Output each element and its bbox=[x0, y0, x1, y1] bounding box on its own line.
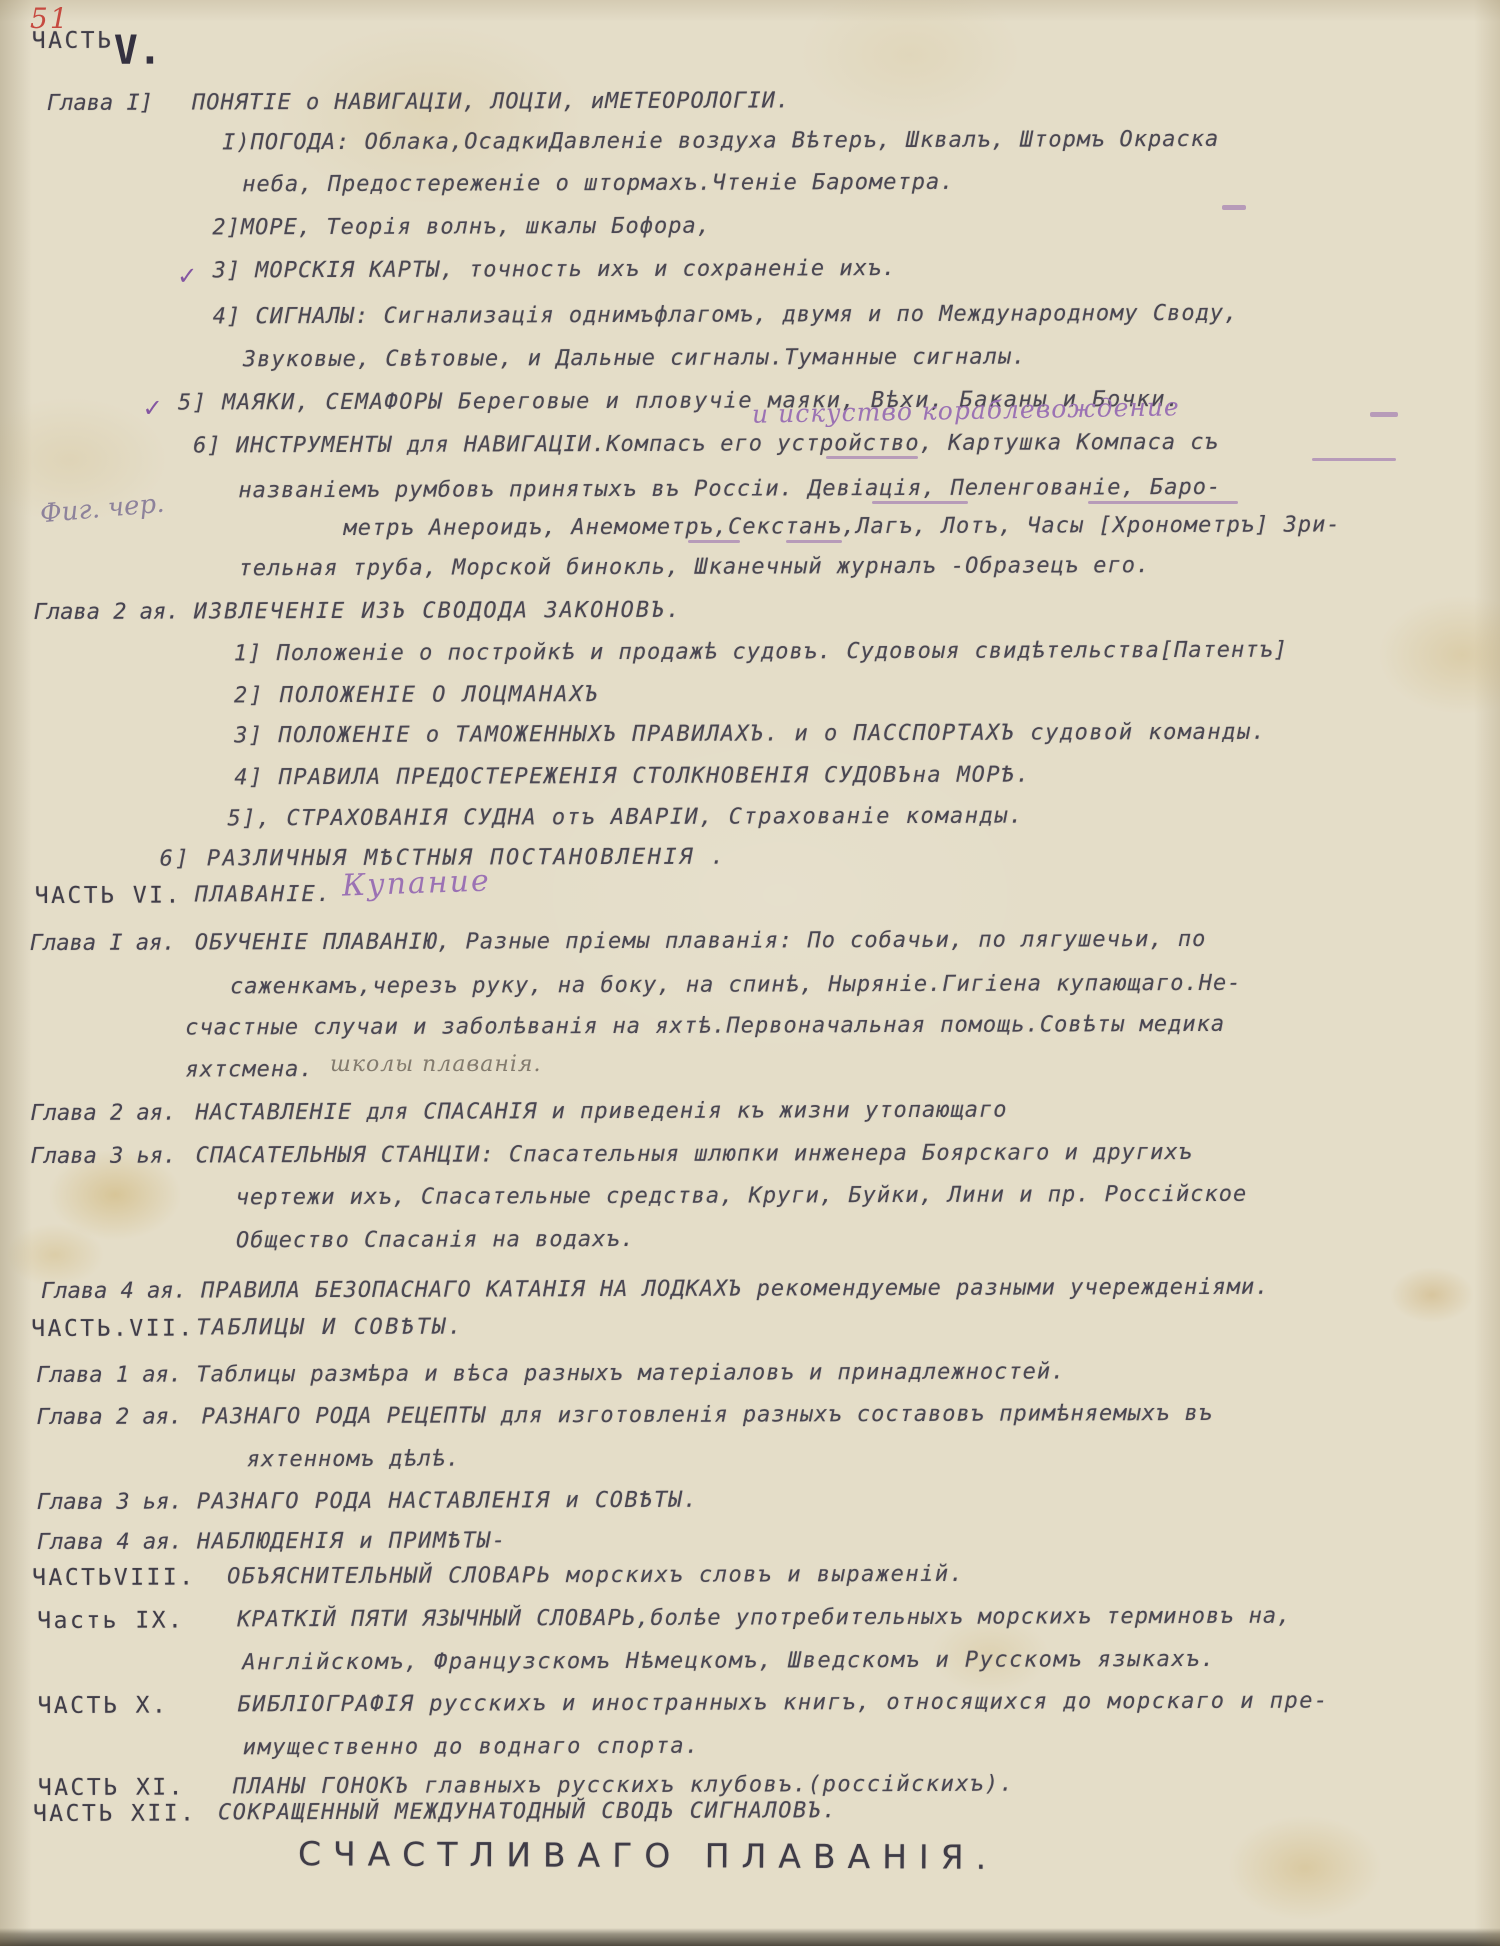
toc-line-label: Глава I] bbox=[47, 91, 153, 116]
toc-line-text: I)ПОГОДА: Облака,ОсадкиДавленіе воздуха … bbox=[222, 127, 1219, 155]
toc-line-text: 3] ПОЛОЖЕНІЕ о ТАМОЖЕННЫХЪ ПРАВИЛАХЪ. и … bbox=[234, 720, 1266, 749]
toc-line-text: тельная труба, Морской бинокль, Шканечны… bbox=[239, 553, 1151, 581]
toc-line: Глава I ая.ОБУЧЕНІЕ ПЛАВАНІЮ, Разные прі… bbox=[0, 926, 1500, 975]
toc-line-text: СПАСАТЕЛЬНЫЯ СТАНЦІИ: Спасательныя шлюпк… bbox=[196, 1140, 1193, 1168]
toc-line-text: ОБЪЯСНИТЕЛЬНЫЙ СЛОВАРЬ морскихъ словъ и … bbox=[227, 1562, 964, 1590]
toc-line-label: ЧАСТЬ bbox=[32, 28, 114, 54]
toc-line: 2]МОРЕ, Теорія волнъ, шкалы Бофора, bbox=[0, 211, 1497, 260]
pencil-underline bbox=[786, 540, 842, 543]
toc-line-text: НАБЛЮДЕНІЯ и ПРИМѢТЫ- bbox=[197, 1528, 507, 1554]
toc-line-label: Глава 3 ья. bbox=[37, 1490, 183, 1516]
toc-line-text: ОБУЧЕНІЕ ПЛАВАНІЮ, Разные пріемы плавані… bbox=[195, 927, 1206, 956]
toc-line-text: 4] СИГНАЛЫ: Сигнализація однимъфлагомъ, … bbox=[213, 301, 1239, 330]
toc-line-text: 2] ПОЛОЖЕНІЕ О ЛОЦМАНАХЪ bbox=[234, 682, 600, 708]
toc-line-text: 3] МОРСКІЯ КАРТЫ, точность ихъ и сохране… bbox=[213, 256, 897, 283]
scanned-page: 51 ЧАСТЬV.Глава I]ПОНЯТІЕ о НАВИГАЦІИ, Л… bbox=[0, 0, 1500, 1946]
handwritten-note-kupanie: Купание bbox=[341, 863, 491, 903]
toc-line: Звуковые, Свѣтовые, и Дальные сигналы.Ту… bbox=[0, 343, 1498, 392]
toc-line: ЧАСТЬ VI.ПЛАВАНІЕ. bbox=[0, 878, 1500, 927]
checkmark-annotation: ✓ bbox=[144, 391, 161, 424]
toc-line-text: Англійскомъ, Французскомъ Нѣмецкомъ, Шве… bbox=[242, 1647, 1215, 1675]
toc-line: Глава 2 ая.РАЗНАГО РОДА РЕЦЕПТЫ для изго… bbox=[2, 1400, 1500, 1449]
toc-line-label: ЧАСТЬ XII. bbox=[33, 1800, 197, 1827]
toc-line-label: ЧАСТЬ.VII. bbox=[31, 1315, 195, 1342]
toc-line-text: ПОНЯТІЕ о НАВИГАЦІИ, ЛОЦІИ, иМЕТЕОРОЛОГІ… bbox=[192, 88, 790, 115]
toc-line-label: ЧАСТЬVIII. bbox=[32, 1564, 196, 1591]
footer-blessing: СЧАСТЛИВАГО ПЛАВАНІЯ. bbox=[298, 1834, 998, 1877]
toc-line: 6] ИНСТРУМЕНТЫ для НАВИГАЦІИ.Компасъ его… bbox=[0, 429, 1498, 478]
toc-line-text: метръ Анероидъ, Анемометръ,Секстанъ,Лагъ… bbox=[343, 512, 1340, 540]
toc-line-text: НАСТАВЛЕНІЕ для СПАСАНІЯ и приведенія къ… bbox=[195, 1098, 1007, 1126]
toc-line-text: неба, Предостереженіе о штормахъ.Чтеніе … bbox=[242, 170, 954, 197]
pencil-underline bbox=[1088, 501, 1238, 504]
toc-line-text: КРАТКІЙ ПЯТИ ЯЗЫЧНЫЙ СЛОВАРЬ,болѣе употр… bbox=[237, 1604, 1291, 1633]
toc-line-label: Часть IX. bbox=[37, 1608, 184, 1635]
toc-line-text: имущественно до воднаго спорта. bbox=[243, 1734, 700, 1761]
toc-line-label: Глава 2 ая. bbox=[37, 1405, 183, 1431]
toc-line: 4] СИГНАЛЫ: Сигнализація однимъфлагомъ, … bbox=[0, 300, 1498, 349]
handwritten-note-schools: школы плаванія. bbox=[330, 1052, 541, 1077]
toc-line-text: ПРАВИЛА БЕЗОПАСНАГО КАТАНІЯ НА ЛОДКАХЪ р… bbox=[201, 1275, 1269, 1304]
toc-line-text: Звуковые, Свѣтовые, и Дальные сигналы.Ту… bbox=[243, 345, 1027, 373]
toc-line-text: саженкамъ,черезъ руку, на боку, на спинѣ… bbox=[230, 971, 1241, 1000]
pencil-underline bbox=[688, 540, 740, 543]
toc-line: ЧАСТЬ X.БИБЛІОГРАФІЯ русскихъ и иностран… bbox=[3, 1688, 1500, 1737]
toc-line-text: 2]МОРЕ, Теорія волнъ, шкалы Бофора, bbox=[212, 214, 711, 241]
toc-line-text: РАЗНАГО РОДА НАСТАВЛЕНІЯ и СОВѢТЫ. bbox=[197, 1488, 698, 1515]
pencil-underline bbox=[1222, 205, 1246, 210]
toc-line: Часть IX.КРАТКІЙ ПЯТИ ЯЗЫЧНЫЙ СЛОВАРЬ,бо… bbox=[2, 1603, 1500, 1652]
toc-line-label: ЧАСТЬ X. bbox=[38, 1693, 169, 1719]
toc-line: тельная труба, Морской бинокль, Шканечны… bbox=[0, 552, 1499, 601]
toc-line-label: Глава 4 ая. bbox=[41, 1278, 187, 1304]
toc-line-label: ЧАСТЬ VI. bbox=[35, 883, 182, 910]
toc-line-text: яхтенномъ дѣлѣ. bbox=[247, 1447, 461, 1473]
toc-line: неба, Предостереженіе о штормахъ.Чтеніе … bbox=[0, 168, 1497, 217]
pencil-underline bbox=[872, 501, 968, 504]
toc-line: Глава 2 ая.НАСТАВЛЕНІЕ для СПАСАНІЯ и пр… bbox=[0, 1096, 1500, 1145]
toc-line-text: 6] ИНСТРУМЕНТЫ для НАВИГАЦІИ.Компасъ его… bbox=[193, 430, 1219, 459]
toc-line-text: Таблицы размѣра и вѣса разныхъ матеріало… bbox=[196, 1359, 1065, 1387]
toc-line-text: СОКРАЩЕННЫЙ МЕЖДУНАТОДНЫЙ СВОДЪ СИГНАЛОВ… bbox=[218, 1798, 837, 1825]
toc-line-text: яхтсмена. bbox=[185, 1057, 313, 1082]
toc-line-text: ТАБЛИЦЫ И СОВѢТЫ. bbox=[196, 1315, 464, 1341]
toc-line-text: чертежи ихъ, Спасательные средства, Круг… bbox=[236, 1182, 1247, 1211]
checkmark-annotation: ✓ bbox=[179, 258, 196, 291]
toc-line: ✓5] МАЯКИ, СЕМАФОРЫ Береговые и пловучіе… bbox=[0, 386, 1498, 435]
toc-line: ✓3] МОРСКІЯ КАРТЫ, точность ихъ и сохран… bbox=[0, 254, 1498, 303]
toc-line-label: Глава 4 ая. bbox=[37, 1530, 183, 1556]
toc-line-text: ПЛАВАНІЕ. bbox=[195, 882, 332, 907]
toc-line-text: 5], СТРАХОВАНІЯ СУДНА отъ АВАРІИ, Страхо… bbox=[227, 804, 1023, 832]
toc-line: чертежи ихъ, Спасательные средства, Круг… bbox=[1, 1181, 1500, 1230]
toc-line-label: ЧАСТЬ XI. bbox=[38, 1775, 185, 1802]
pencil-underline bbox=[826, 456, 918, 459]
toc-line-text: РАЗНАГО РОДА РЕЦЕПТЫ для изготовленія ра… bbox=[202, 1401, 1213, 1430]
toc-line-text: названіемъ румбовъ принятыхъ въ Россіи. … bbox=[238, 475, 1221, 503]
toc-line-text: Общество Спасанія на водахъ. bbox=[236, 1227, 635, 1253]
toc-line: Общество Спасанія на водахъ. bbox=[1, 1224, 1500, 1273]
toc-line: ЧАСТЬ.VII.ТАБЛИЦЫ И СОВѢТЫ. bbox=[1, 1311, 1500, 1360]
toc-line: ЧАСТЬVIII.ОБЪЯСНИТЕЛЬНЫЙ СЛОВАРЬ морских… bbox=[2, 1560, 1500, 1609]
toc-line: ЧАСТЬV. bbox=[0, 23, 1497, 72]
toc-line-text: 1] Положеніе о постройкѣ и продажѣ судов… bbox=[234, 638, 1288, 667]
toc-line-text: ПЛАНЫ ГОНОКЪ главныхъ русскихъ клубовъ.(… bbox=[233, 1772, 1015, 1800]
toc-line-label: Глава I ая. bbox=[30, 931, 176, 957]
table-of-contents: ЧАСТЬV.Глава I]ПОНЯТІЕ о НАВИГАЦІИ, ЛОЦІ… bbox=[0, 0, 1500, 1946]
toc-line-text: счастные случаи и заболѣванія на яхтѣ.Пе… bbox=[185, 1012, 1225, 1041]
toc-line-text: ИЗВЛЕЧЕНІЕ ИЗЪ СВОДОДА ЗАКОНОВЪ. bbox=[194, 598, 682, 625]
toc-line-label: Глава 2 ая. bbox=[30, 1101, 176, 1127]
toc-line: яхтсмена. bbox=[0, 1053, 1500, 1102]
toc-line-label: Глава 2 ая. bbox=[34, 600, 180, 626]
pencil-underline bbox=[1370, 412, 1398, 417]
pencil-underline bbox=[1312, 458, 1396, 461]
toc-line-label: Глава 3 ья. bbox=[31, 1144, 177, 1170]
toc-line-label: Глава 1 ая. bbox=[36, 1363, 182, 1389]
toc-line-text: 4] ПРАВИЛА ПРЕДОСТЕРЕЖЕНІЯ СТОЛКНОВЕНІЯ … bbox=[234, 763, 1030, 791]
toc-line-text: БИБЛІОГРАФІЯ русскихъ и иностранныхъ кни… bbox=[238, 1689, 1329, 1718]
toc-part-numeral: V. bbox=[114, 28, 162, 74]
